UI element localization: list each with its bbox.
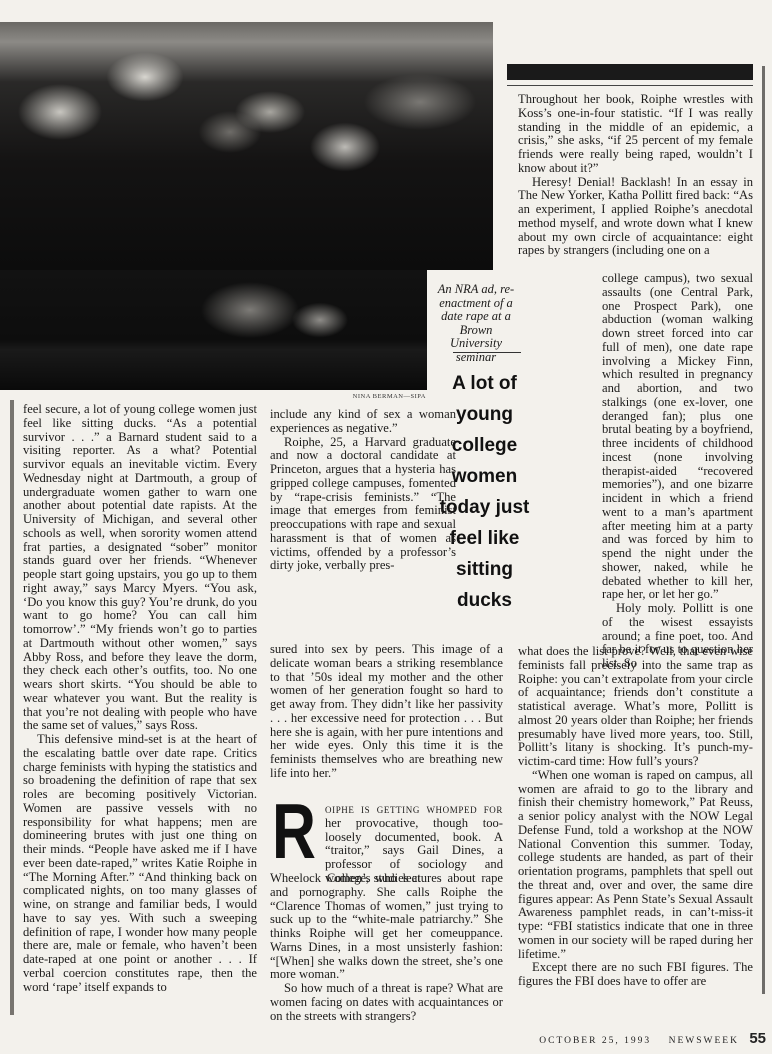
column-right-top: Throughout her book, Roiphe wrestles wit… <box>518 93 753 258</box>
paragraph: This defensive mind-set is at the heart … <box>23 733 257 994</box>
paragraph: include any kind of sex a woman experien… <box>270 408 456 436</box>
paragraph: So how much of a threat is rape? What ar… <box>270 982 503 1023</box>
paragraph: what does the list prove? Well, that eve… <box>518 645 753 769</box>
lead-in-small-caps: oiphe is getting whomped for <box>325 802 503 816</box>
column-middle-top: include any kind of sex a woman experien… <box>270 408 456 573</box>
article-photo-lower <box>0 270 427 390</box>
left-page-edge-rule <box>10 400 14 1015</box>
top-thin-rule <box>507 85 753 86</box>
paragraph: sured into sex by peers. This image of a… <box>270 643 503 781</box>
paragraph: Except there are no such FBI figures. Th… <box>518 961 753 989</box>
drop-cap: R <box>272 801 308 861</box>
caption-divider <box>453 352 521 353</box>
article-photo <box>0 22 493 270</box>
paragraph: Heresy! Denial! Backlash! In an essay in… <box>518 176 753 259</box>
column-right-bottom: what does the list prove? Well, that eve… <box>518 645 753 989</box>
drop-section-rest: Wheelock College, who lectures about rap… <box>270 872 503 1023</box>
page-number: 55 <box>749 1030 766 1047</box>
column-left: feel secure, a lot of young college wome… <box>23 403 257 994</box>
paragraph: Roiphe, 25, a Harvard graduate and now a… <box>270 436 456 574</box>
paragraph: “When one woman is raped on campus, all … <box>518 769 753 962</box>
paragraph: college campus), two sexual assaults (on… <box>602 272 753 602</box>
column-right-middle: college campus), two sexual assaults (on… <box>602 272 753 671</box>
photo-credit: NINA BERMAN—SIPA <box>320 393 426 400</box>
right-page-edge-rule <box>762 66 765 994</box>
top-bar-rule <box>507 64 753 80</box>
footer-date: OCTOBER 25, 1993 <box>539 1036 651 1046</box>
paragraph: Wheelock College, who lectures about rap… <box>270 872 503 982</box>
page-footer: OCTOBER 25, 1993 NEWSWEEK 55 <box>520 1030 766 1047</box>
footer-publication: NEWSWEEK <box>669 1036 739 1046</box>
paragraph: feel secure, a lot of young college wome… <box>23 403 257 733</box>
column-middle-bottom: sured into sex by peers. This image of a… <box>270 643 503 781</box>
paragraph: Throughout her book, Roiphe wrestles wit… <box>518 93 753 176</box>
